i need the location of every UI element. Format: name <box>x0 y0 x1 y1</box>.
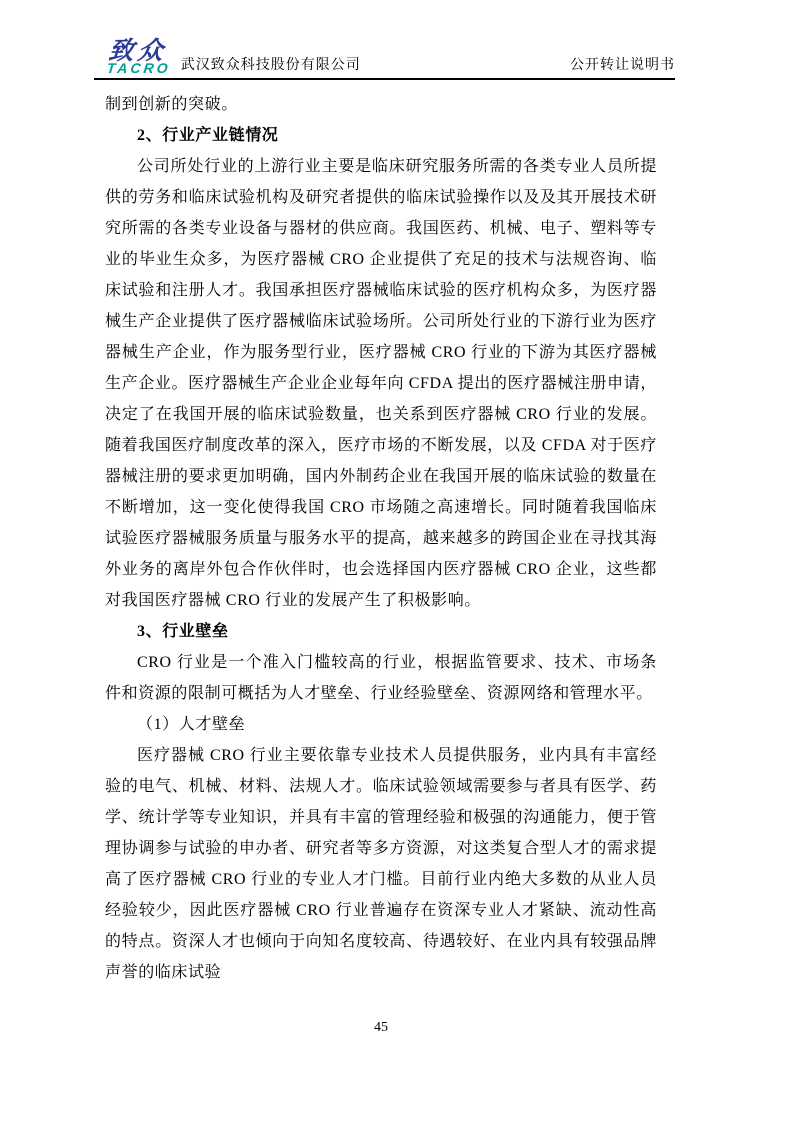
section-heading-barriers: 3、行业壁垒 <box>105 616 657 647</box>
logo-en-text: TACRO <box>106 62 171 75</box>
page-header: 致众 TACRO 武汉致众科技股份有限公司 公开转让说明书 <box>94 34 675 80</box>
document-body: 制到创新的突破。 2、行业产业链情况 公司所处行业的上游行业主要是临床研究服务所… <box>105 89 657 988</box>
company-logo: 致众 TACRO <box>106 40 173 75</box>
section-heading-industry-chain: 2、行业产业链情况 <box>105 120 657 151</box>
paragraph-industry-chain: 公司所处行业的上游行业主要是临床研究服务所需的各类专业人员所提供的劳务和临床试验… <box>105 151 657 616</box>
logo-cn-text: 致众 <box>108 40 174 62</box>
carryover-paragraph: 制到创新的突破。 <box>105 89 657 120</box>
paragraph-barriers-intro: CRO 行业是一个准入门槛较高的行业，根据监管要求、技术、市场条件和资源的限制可… <box>105 647 657 709</box>
paragraph-talent-barrier: 医疗器械 CRO 行业主要依靠专业技术人员提供服务，业内具有丰富经验的电气、机械… <box>105 740 657 988</box>
page-number: 45 <box>105 1020 657 1036</box>
document-page: 致众 TACRO 武汉致众科技股份有限公司 公开转让说明书 制到创新的突破。 2… <box>0 0 794 1123</box>
company-name: 武汉致众科技股份有限公司 <box>181 57 361 75</box>
doc-title: 公开转让说明书 <box>570 57 675 75</box>
subsection-heading-talent-barrier: （1）人才壁垒 <box>105 709 657 740</box>
